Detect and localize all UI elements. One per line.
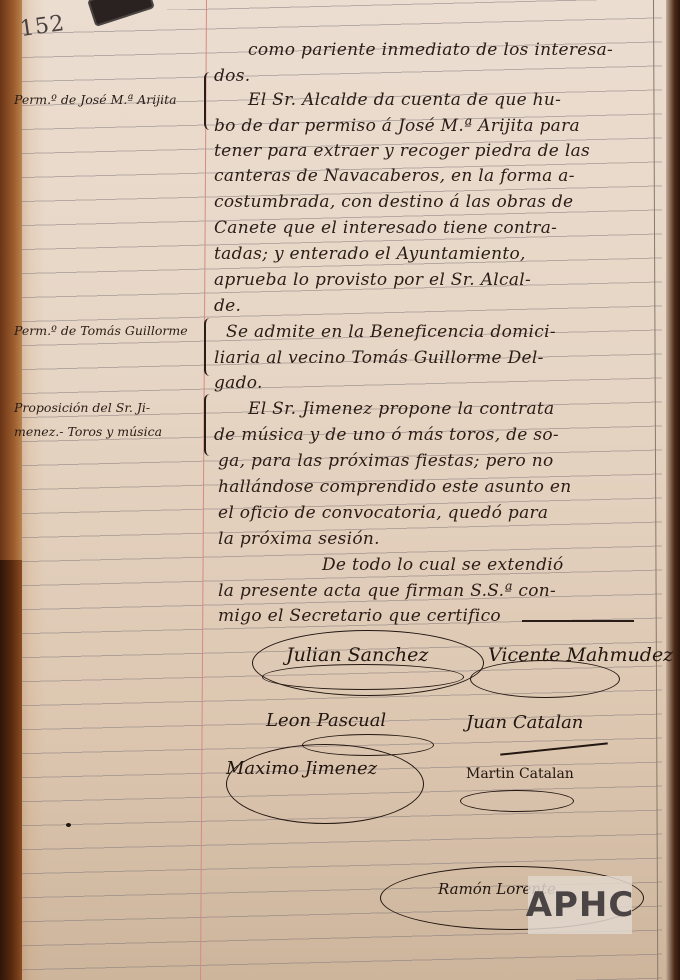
body-line: la presente acta que firman S.S.ª con- — [218, 581, 556, 601]
ledger-page: 152 Perm.º de José M.ª Arijita Perm.º de… — [0, 0, 680, 980]
margin-note: Perm.º de José M.ª Arijita — [14, 92, 177, 107]
body-line: gado. — [214, 373, 263, 393]
margin-bracket — [204, 394, 212, 456]
body-line: Canete que el interesado tiene contra- — [214, 218, 557, 238]
body-line: bo de dar permiso á José M.ª Arijita par… — [214, 116, 580, 136]
body-line: Se admite en la Beneficencia domici- — [226, 322, 556, 342]
margin-note: menez.- Toros y música — [14, 424, 162, 439]
margin-bracket — [204, 72, 212, 130]
closing-dash — [522, 620, 634, 622]
body-line: El Sr. Jimenez propone la contrata — [248, 399, 554, 419]
body-line: dos. — [214, 66, 250, 86]
body-line: como pariente inmediato de los interesa- — [248, 40, 613, 60]
book-binding-shadow — [0, 560, 22, 980]
body-line: canteras de Navacaberos, en la forma a- — [214, 166, 575, 186]
signature-flourish — [226, 744, 424, 824]
body-line: costumbrada, con destino á las obras de — [214, 192, 573, 212]
body-line: migo el Secretario que certifico — [218, 606, 501, 626]
body-line: liaria al vecino Tomás Guillorme Del- — [214, 348, 544, 368]
body-line: el oficio de convocatoria, quedó para — [218, 503, 548, 523]
signature: Juan Catalan — [466, 712, 583, 733]
ink-spot — [66, 823, 71, 827]
body-line: aprueba lo provisto por el Sr. Alcal- — [214, 270, 531, 290]
body-line: de. — [214, 296, 241, 316]
margin-note: Perm.º de Tomás Guillorme — [14, 323, 188, 338]
signature-flourish — [262, 664, 464, 690]
archive-watermark: APHC — [528, 876, 632, 934]
body-line: ga, para las próximas fiestas; pero no — [218, 451, 554, 471]
page-edge — [666, 0, 680, 980]
margin-note: Proposición del Sr. Ji- — [14, 400, 150, 415]
signature-flourish — [470, 660, 620, 698]
body-line: De todo lo cual se extendió — [322, 555, 564, 575]
signature-flourish — [460, 790, 574, 812]
body-line: tener para extraer y recoger piedra de l… — [214, 141, 590, 161]
margin-bracket — [204, 318, 212, 376]
body-line: hallándose comprendido este asunto en — [218, 477, 572, 497]
signature: Martin Catalan — [466, 766, 574, 782]
body-line: de música y de uno ó más toros, de so- — [214, 425, 559, 445]
body-line: la próxima sesión. — [218, 529, 380, 549]
signature: Leon Pascual — [266, 710, 386, 731]
body-line: tadas; y enterado el Ayuntamiento, — [214, 244, 526, 264]
body-line: El Sr. Alcalde da cuenta de que hu- — [248, 90, 561, 110]
